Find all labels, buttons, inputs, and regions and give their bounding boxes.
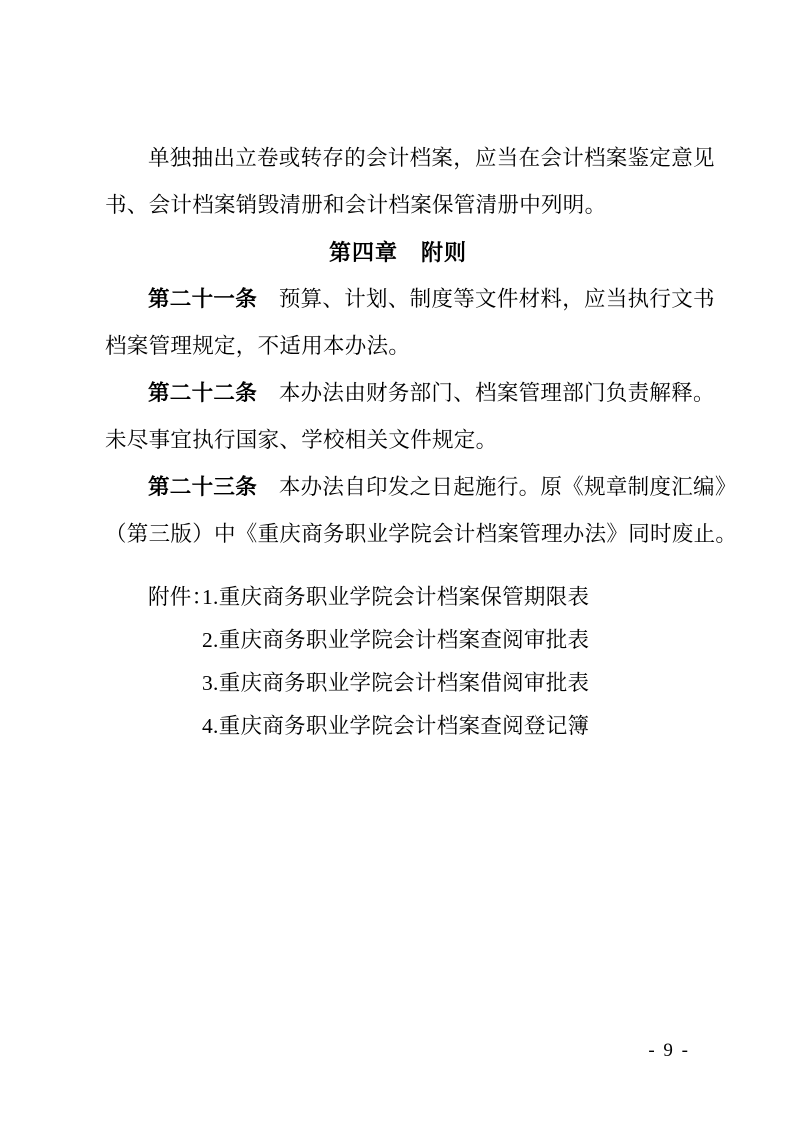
page-number: - 9 - — [648, 1040, 690, 1062]
article-23-number: 第二十三条 — [148, 475, 257, 499]
article-23-line-2: （第三版）中《重庆商务职业学院会计档案管理办法》同时废止。 — [105, 511, 691, 558]
attachment-item-1-row: 附件：1.重庆商务职业学院会计档案保管期限表 — [105, 576, 691, 619]
article-22: 第二十二条 本办法由财务部门、档案管理部门负责解释。 未尽事宜执行国家、学校相关… — [105, 370, 691, 464]
article-22-text: 本办法由财务部门、档案管理部门负责解释。 — [257, 381, 715, 405]
article-22-line-1: 第二十二条 本办法由财务部门、档案管理部门负责解释。 — [105, 370, 691, 417]
article-23: 第二十三条 本办法自印发之日起施行。原《规章制度汇编》 （第三版）中《重庆商务职… — [105, 464, 691, 558]
document-page: 单独抽出立卷或转存的会计档案，应当在会计档案鉴定意见 书、会计档案销毁清册和会计… — [0, 0, 794, 1123]
article-21-line-1: 第二十一条 预算、计划、制度等文件材料，应当执行文书 — [105, 276, 691, 323]
article-21-line-2: 档案管理规定，不适用本办法。 — [105, 323, 691, 370]
attachment-label: 附件： — [148, 576, 202, 619]
intro-line-2: 书、会计档案销毁清册和会计档案保管清册中列明。 — [105, 182, 691, 229]
intro-line-1: 单独抽出立卷或转存的会计档案，应当在会计档案鉴定意见 — [105, 135, 691, 182]
chapter-heading: 第四章 附则 — [105, 229, 691, 276]
document-content: 单独抽出立卷或转存的会计档案，应当在会计档案鉴定意见 书、会计档案销毁清册和会计… — [105, 135, 691, 748]
attachment-item-2: 2.重庆商务职业学院会计档案查阅审批表 — [105, 619, 691, 662]
attachment-item-3: 3.重庆商务职业学院会计档案借阅审批表 — [105, 662, 691, 705]
article-23-text: 本办法自印发之日起施行。原《规章制度汇编》 — [257, 475, 737, 499]
article-22-line-2: 未尽事宜执行国家、学校相关文件规定。 — [105, 417, 691, 464]
attachment-item-1: 1.重庆商务职业学院会计档案保管期限表 — [202, 585, 589, 609]
article-21-number: 第二十一条 — [148, 287, 257, 311]
article-21: 第二十一条 预算、计划、制度等文件材料，应当执行文书 档案管理规定，不适用本办法… — [105, 276, 691, 370]
attachment-list: 附件：1.重庆商务职业学院会计档案保管期限表 2.重庆商务职业学院会计档案查阅审… — [105, 576, 691, 748]
intro-paragraph: 单独抽出立卷或转存的会计档案，应当在会计档案鉴定意见 书、会计档案销毁清册和会计… — [105, 135, 691, 229]
article-23-line-1: 第二十三条 本办法自印发之日起施行。原《规章制度汇编》 — [105, 464, 691, 511]
article-22-number: 第二十二条 — [148, 381, 257, 405]
attachment-item-4: 4.重庆商务职业学院会计档案查阅登记簿 — [105, 705, 691, 748]
article-21-text: 预算、计划、制度等文件材料，应当执行文书 — [257, 287, 715, 311]
